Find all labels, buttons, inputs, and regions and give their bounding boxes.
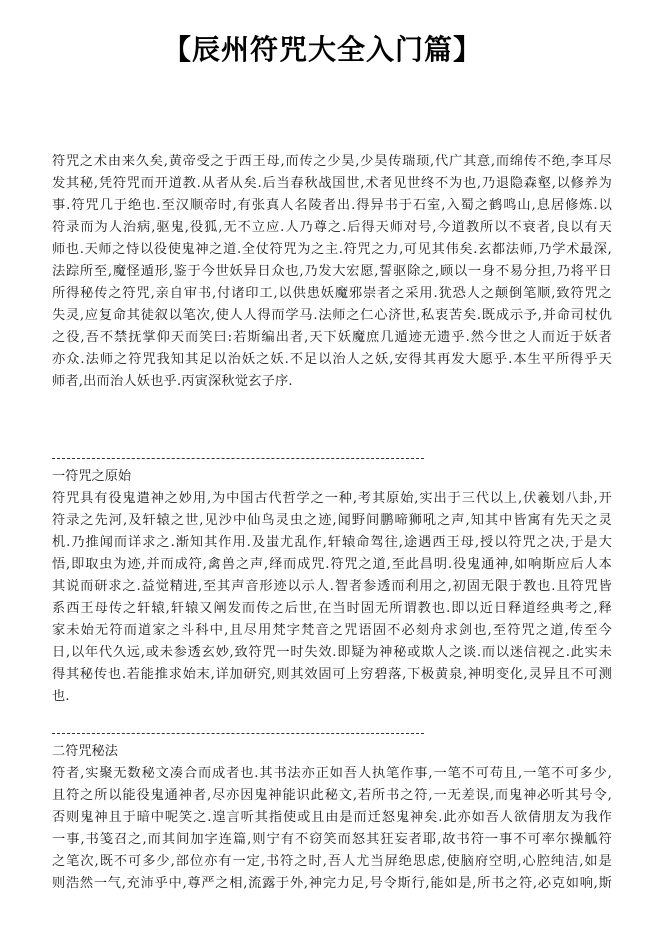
paragraph-line: 一事,书笺召之,而其间加字连篇,则宁有不窃笑而怒其狂妄者耶,故书符一事不可率尔操… (52, 829, 612, 851)
paragraph-line: 系西王母传之轩辕,轩辕又阐发而传之后世,在当时固无所谓教也.即以近日释道经典考之… (52, 598, 612, 620)
preface-paragraph: 符咒之术由来久矣,黄帝受之于西王母,而传之少昊,少昊传瑞顼,代广其意,而绵传不绝… (52, 151, 612, 393)
paragraph-line: 其说而研求之.益觉精进,至其声音形迹以示人.智者参透而利用之,初固无限于教也.且… (52, 576, 612, 598)
paragraph-line: 符咒具有役鬼遣神之妙用,为中国古代哲学之一种,考其原始,实出于三代以上,伏羲划八… (52, 488, 612, 510)
paragraph-line: 日,以年代久远,或未参透玄妙,致符咒一时失效.即疑为神秘或欺人之谈.而以迷信视之… (52, 642, 612, 664)
paragraph-line: 符录之先河,及轩辕之世,见沙中仙鸟灵虫之迹,闻野间鹏啼狮吼之声,知其中皆寓有先天… (52, 510, 612, 532)
dashed-separator (52, 458, 424, 459)
section-heading-secret-methods: 二符咒秘法 (52, 741, 118, 763)
paragraph-line: 发其秘,凭符咒而开道教.从者从矣.后当春秋战国世,术者见世终不为也,乃退隐森壑,… (52, 173, 612, 195)
paragraph-line: 失灵,应复命其徒叙以笔次,使人人得而学马.法师之仁心济世,私衷苦矣.既成示予,并… (52, 305, 612, 327)
paragraph-line: 符者,实聚无数秘文凑合而成者也.其书法亦正如吾人执笔作事,一笔不可苟且,一笔不可… (52, 763, 612, 785)
paragraph-line: 得其秘传也.若能推求始末,详加研究,则其效固可上穷碧落,下极黄泉,神明变化,灵异… (52, 664, 612, 686)
section-secret-methods-paragraph: 符者,实聚无数秘文凑合而成者也.其书法亦正如吾人执笔作事,一笔不可苟且,一笔不可… (52, 763, 612, 895)
paragraph-line: 也. (52, 686, 612, 708)
paragraph-line: 家未始无符而道家之斗科中,且尽用梵字梵音之咒语固不必刻舟求剑也,至符咒之道,传至… (52, 620, 612, 642)
paragraph-line: 师者,出而治人妖也乎.丙寅深秋觉玄子序. (52, 371, 612, 393)
document-title: 【辰州符咒大全入门篇】 (0, 30, 645, 70)
section-origin-paragraph: 符咒具有役鬼遣神之妙用,为中国古代哲学之一种,考其原始,实出于三代以上,伏羲划八… (52, 488, 612, 708)
paragraph-line: 符录而为人治病,驱鬼,役狐,无不立应.人乃尊之.后得天师对号,今道教所以不衰者,… (52, 217, 612, 239)
paragraph-line: 法踪所至,魔怪遁形,鉴于今世妖异日众也,乃发大宏愿,誓驱除之,顾以一身不易分担,… (52, 261, 612, 283)
paragraph-line: 事.符咒几于绝也.至汉顺帝时,有张真人名陵者出.得异书于石室,入蜀之鹤鸣山,息居… (52, 195, 612, 217)
paragraph-line: 悟,即取虫为迹,并而成符,禽兽之声,绎而成咒.符咒之道,至此昌明.役鬼通神,如响… (52, 554, 612, 576)
paragraph-line: 符咒之术由来久矣,黄帝受之于西王母,而传之少昊,少昊传瑞顼,代广其意,而绵传不绝… (52, 151, 612, 173)
paragraph-line: 否则鬼神且于暗中呢笑之.遑言听其指使或且由是而迁怒鬼神矣.此亦如吾人欲倩朋友为我… (52, 807, 612, 829)
paragraph-line: 亦众.法师之符咒我知其足以治妖之妖.不足以治人之妖,安得其再发大愿乎.本生平所得… (52, 349, 612, 371)
paragraph-line: 所得秘传之符咒,亲自审书,付诸印工,以供患妖魔邪崇者之采用.犹恐人之颠倒笔顺,致… (52, 283, 612, 305)
paragraph-line: 之笔次,既不可多少,部位亦有一定,书符之时,吾人尤当屏绝思虑,使脑府空明,心腔纯… (52, 851, 612, 873)
paragraph-line: 且符之所以能役鬼通神者,尽亦因鬼神能识此秘文,若所书之符,一无差误,而鬼神必听其… (52, 785, 612, 807)
document-page: 【辰州符咒大全入门篇】 符咒之术由来久矣,黄帝受之于西王母,而传之少昊,少昊传瑞… (0, 0, 645, 935)
paragraph-line: 则浩然一气,充沛乎中,尊严之相,流露于外,神完力足,号令斯行,能如是,所书之符,… (52, 873, 612, 895)
section-heading-origin: 一符咒之原始 (52, 466, 131, 488)
paragraph-line: 师也.天师之恃以役使鬼神之道.全仗符咒为之主.符咒之力,可见其伟矣.玄都法师,乃… (52, 239, 612, 261)
dashed-separator (52, 733, 424, 734)
paragraph-line: 机.乃推闻而详求之.渐知其作用.及蚩尤乱作,轩辕命驾往,途遇西王母,授以符咒之决… (52, 532, 612, 554)
paragraph-line: 之役,吾不禁抚掌仰天而笑曰:若斯编出者,天下妖魔庶几遁迹无遗乎.然今世之人而近于… (52, 327, 612, 349)
